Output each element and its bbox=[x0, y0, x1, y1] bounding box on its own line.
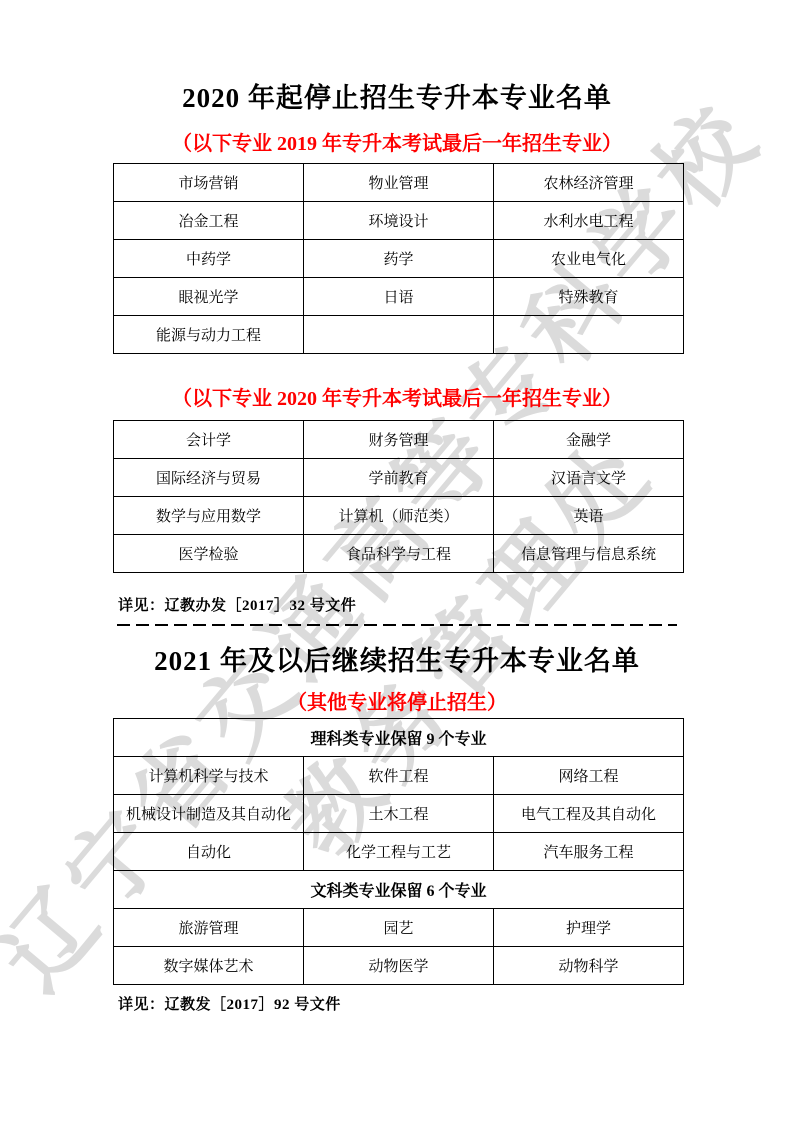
major-cell: 计算机（师范类） bbox=[304, 497, 494, 535]
table-row: 眼视光学日语特殊教育 bbox=[114, 278, 684, 316]
major-cell: 物业管理 bbox=[304, 164, 494, 202]
major-cell: 旅游管理 bbox=[114, 909, 304, 947]
major-cell: 会计学 bbox=[114, 421, 304, 459]
table-row: 数学与应用数学计算机（师范类）英语 bbox=[114, 497, 684, 535]
table-row: 自动化化学工程与工艺汽车服务工程 bbox=[114, 833, 684, 871]
title-stopped-majors-2020: 2020 年起停止招生专升本专业名单 bbox=[0, 76, 794, 115]
major-cell: 眼视光学 bbox=[114, 278, 304, 316]
title-continuing-majors-2021: 2021 年及以后继续招生专升本专业名单 bbox=[0, 639, 794, 678]
major-cell: 中药学 bbox=[114, 240, 304, 278]
major-cell: 冶金工程 bbox=[114, 202, 304, 240]
retained-majors-table-2021: 理科类专业保留 9 个专业 计算机科学与技术软件工程网络工程机械设计制造及其自动… bbox=[113, 718, 684, 985]
science-header-row-group: 理科类专业保留 9 个专业 bbox=[114, 719, 684, 757]
major-cell: 学前教育 bbox=[304, 459, 494, 497]
table-row: 中药学药学农业电气化 bbox=[114, 240, 684, 278]
major-cell: 护理学 bbox=[494, 909, 684, 947]
major-cell bbox=[494, 316, 684, 354]
major-cell: 自动化 bbox=[114, 833, 304, 871]
major-cell: 环境设计 bbox=[304, 202, 494, 240]
science-group-header: 理科类专业保留 9 个专业 bbox=[114, 719, 684, 757]
document-page: 辽宁省交通高等专科学校 教务管理处 2020 年起停止招生专升本专业名单 （以下… bbox=[0, 0, 794, 1123]
major-cell: 财务管理 bbox=[304, 421, 494, 459]
table-row: 机械设计制造及其自动化土木工程电气工程及其自动化 bbox=[114, 795, 684, 833]
table-row: 能源与动力工程 bbox=[114, 316, 684, 354]
major-cell bbox=[304, 316, 494, 354]
major-cell: 汽车服务工程 bbox=[494, 833, 684, 871]
major-cell: 园艺 bbox=[304, 909, 494, 947]
major-cell: 动物医学 bbox=[304, 947, 494, 985]
subtitle-others-stopped: （其他专业将停止招生） bbox=[0, 686, 794, 715]
table-row: 市场营销物业管理农林经济管理 bbox=[114, 164, 684, 202]
major-cell: 数学与应用数学 bbox=[114, 497, 304, 535]
major-cell: 信息管理与信息系统 bbox=[494, 535, 684, 573]
stopped-majors-table-2019: 市场营销物业管理农林经济管理冶金工程环境设计水利水电工程中药学药学农业电气化眼视… bbox=[113, 163, 684, 354]
major-cell: 网络工程 bbox=[494, 757, 684, 795]
subtitle-last-year-2020: （以下专业 2020 年专升本考试最后一年招生专业） bbox=[0, 382, 794, 411]
arts-header-row-group: 文科类专业保留 6 个专业 bbox=[114, 871, 684, 909]
major-cell: 农林经济管理 bbox=[494, 164, 684, 202]
major-cell: 计算机科学与技术 bbox=[114, 757, 304, 795]
major-cell: 软件工程 bbox=[304, 757, 494, 795]
reference-note-document-32: 详见：辽教办发［2017］32 号文件 bbox=[118, 594, 356, 615]
table-row: 医学检验食品科学与工程信息管理与信息系统 bbox=[114, 535, 684, 573]
major-cell: 食品科学与工程 bbox=[304, 535, 494, 573]
table-row: 文科类专业保留 6 个专业 bbox=[114, 871, 684, 909]
major-cell: 数字媒体艺术 bbox=[114, 947, 304, 985]
table-row: 数字媒体艺术动物医学动物科学 bbox=[114, 947, 684, 985]
major-cell: 金融学 bbox=[494, 421, 684, 459]
major-cell: 医学检验 bbox=[114, 535, 304, 573]
table-row: 旅游管理园艺护理学 bbox=[114, 909, 684, 947]
major-cell: 市场营销 bbox=[114, 164, 304, 202]
major-cell: 药学 bbox=[304, 240, 494, 278]
major-cell: 特殊教育 bbox=[494, 278, 684, 316]
major-cell: 水利水电工程 bbox=[494, 202, 684, 240]
major-cell: 汉语言文学 bbox=[494, 459, 684, 497]
major-cell: 土木工程 bbox=[304, 795, 494, 833]
major-cell: 英语 bbox=[494, 497, 684, 535]
dashed-divider bbox=[117, 624, 677, 626]
content-layer: 2020 年起停止招生专升本专业名单 （以下专业 2019 年专升本考试最后一年… bbox=[0, 0, 794, 1123]
subtitle-last-year-2019: （以下专业 2019 年专升本考试最后一年招生专业） bbox=[0, 127, 794, 156]
major-cell: 国际经济与贸易 bbox=[114, 459, 304, 497]
major-cell: 农业电气化 bbox=[494, 240, 684, 278]
reference-note-document-92: 详见：辽教发［2017］92 号文件 bbox=[118, 993, 341, 1014]
major-cell: 电气工程及其自动化 bbox=[494, 795, 684, 833]
major-cell: 能源与动力工程 bbox=[114, 316, 304, 354]
stopped-majors-table-2020: 会计学财务管理金融学国际经济与贸易学前教育汉语言文学数学与应用数学计算机（师范类… bbox=[113, 420, 684, 573]
major-cell: 化学工程与工艺 bbox=[304, 833, 494, 871]
table-row: 计算机科学与技术软件工程网络工程 bbox=[114, 757, 684, 795]
table-row: 会计学财务管理金融学 bbox=[114, 421, 684, 459]
major-cell: 动物科学 bbox=[494, 947, 684, 985]
table-row: 冶金工程环境设计水利水电工程 bbox=[114, 202, 684, 240]
table-row: 理科类专业保留 9 个专业 bbox=[114, 719, 684, 757]
arts-group-header: 文科类专业保留 6 个专业 bbox=[114, 871, 684, 909]
major-cell: 机械设计制造及其自动化 bbox=[114, 795, 304, 833]
major-cell: 日语 bbox=[304, 278, 494, 316]
table-row: 国际经济与贸易学前教育汉语言文学 bbox=[114, 459, 684, 497]
